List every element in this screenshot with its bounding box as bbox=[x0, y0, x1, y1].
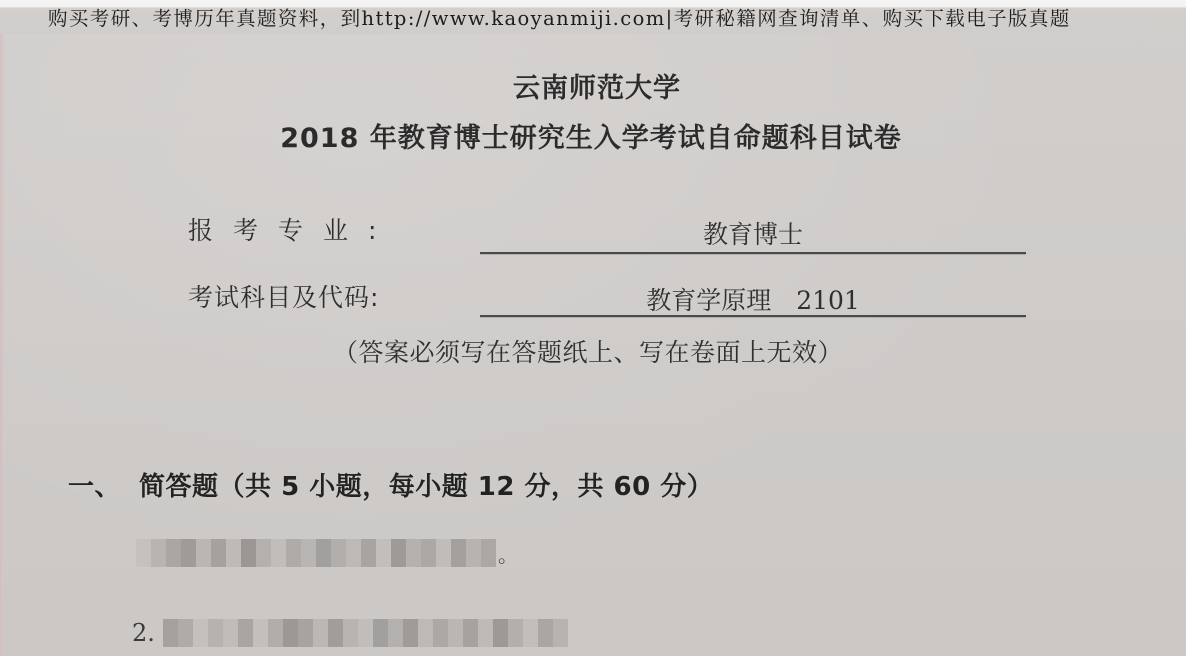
subject-underline bbox=[480, 315, 1026, 317]
subject-label: 考试科目及代码: bbox=[188, 278, 379, 314]
section-title: 简答题（共 5 小题，每小题 12 分，共 60 分） bbox=[139, 472, 713, 502]
scanned-exam-page: 购买考研、考博历年真题资料，到http://www.kaoyanmiji.com… bbox=[0, 0, 1186, 656]
watermark-banner-text: 购买考研、考博历年真题资料，到http://www.kaoyanmiji.com… bbox=[48, 3, 1071, 31]
section-heading: 一、简答题（共 5 小题，每小题 12 分，共 60 分） bbox=[68, 466, 713, 503]
major-underline bbox=[480, 252, 1026, 254]
question-2-number: 2. bbox=[132, 619, 155, 647]
question-1-tail: 。 bbox=[498, 539, 518, 568]
watermark-banner: 购买考研、考博历年真题资料，到http://www.kaoyanmiji.com… bbox=[0, 0, 1186, 34]
subject-value: 教育学原理 2101 bbox=[480, 281, 1026, 317]
major-label: 报考专业: bbox=[188, 211, 396, 247]
answer-notice: （答案必须写在答题纸上、写在卷面上无效） bbox=[0, 333, 1186, 369]
major-value: 教育博士 bbox=[480, 215, 1026, 251]
school-name: 云南师范大学 bbox=[0, 66, 1186, 105]
redacted-mosaic bbox=[163, 619, 568, 647]
question-2: 2. bbox=[132, 618, 568, 647]
redacted-mosaic bbox=[136, 539, 496, 567]
question-1: 。 bbox=[136, 538, 518, 568]
section-number: 一、 bbox=[68, 472, 121, 502]
exam-title: 2018 年教育博士研究生入学考试自命题科目试卷 bbox=[0, 116, 1186, 155]
